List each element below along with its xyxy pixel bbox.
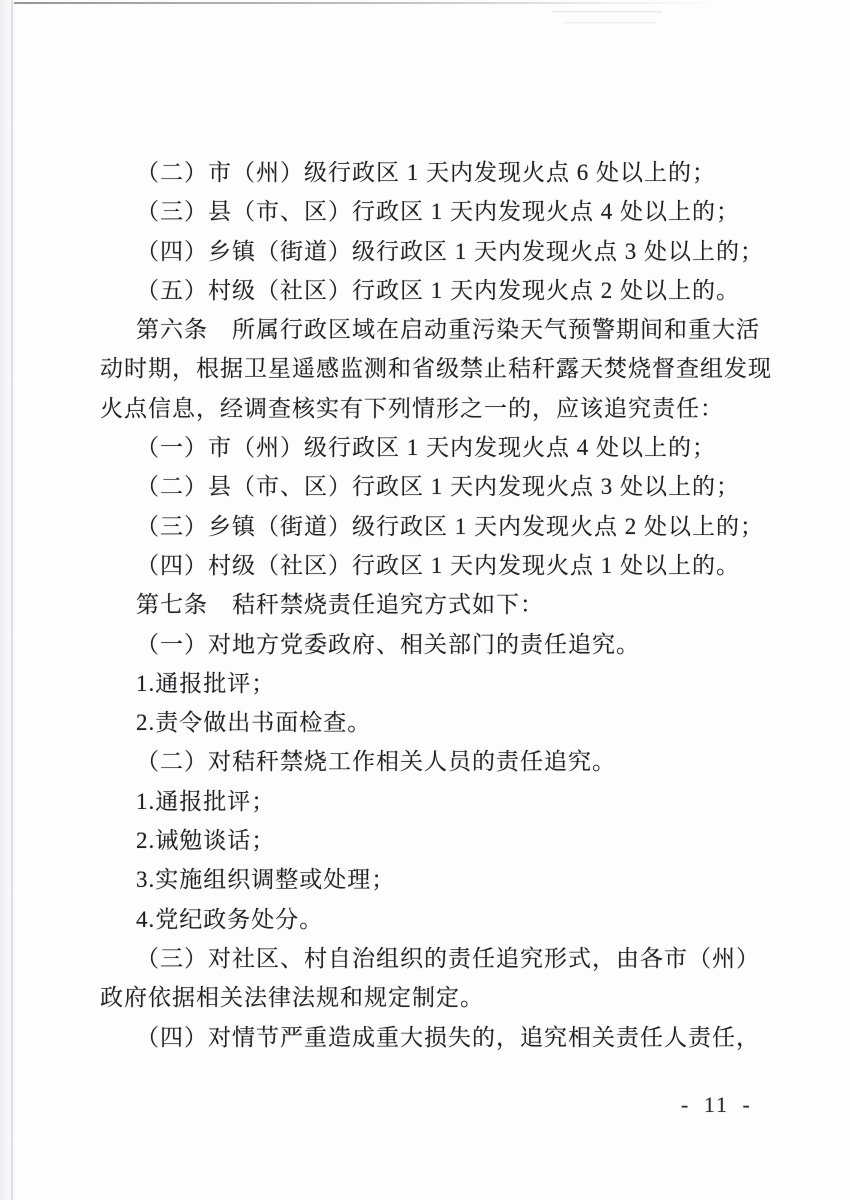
text-line: （一）市（州）级行政区 1 天内发现火点 4 处以上的； <box>100 428 762 467</box>
text-line: 动时期，根据卫星遥感监测和省级禁止秸秆露天焚烧督查组发现 <box>100 349 762 388</box>
scan-smudge-artifact <box>552 9 687 25</box>
text-line: 4.党纪政务处分。 <box>100 900 762 939</box>
text-line: 2.责令做出书面检查。 <box>100 703 762 742</box>
text-line: （三）乡镇（街道）级行政区 1 天内发现火点 2 处以上的； <box>100 507 762 546</box>
text-line: 1.通报批评； <box>100 782 762 821</box>
document-page: （二）市（州）级行政区 1 天内发现火点 6 处以上的；（三）县（市、区）行政区… <box>0 0 850 1200</box>
scan-edge-top-artifact <box>14 2 720 4</box>
text-line: 3.实施组织调整或处理； <box>100 860 762 899</box>
text-line: （四）村级（社区）行政区 1 天内发现火点 1 处以上的。 <box>100 546 762 585</box>
text-line: （四）乡镇（街道）级行政区 1 天内发现火点 3 处以上的； <box>100 232 762 271</box>
text-line: （三）对社区、村自治组织的责任追究形式，由各市（州） <box>100 939 762 978</box>
scan-edge-left-artifact <box>0 0 16 1200</box>
text-line: （二）市（州）级行政区 1 天内发现火点 6 处以上的； <box>100 153 762 192</box>
text-line: 1.通报批评； <box>100 664 762 703</box>
text-line: 2.诫勉谈话； <box>100 821 762 860</box>
text-line: （五）村级（社区）行政区 1 天内发现火点 2 处以上的。 <box>100 271 762 310</box>
page-number: - 11 - <box>681 1092 752 1118</box>
text-line: 第六条 所属行政区域在启动重污染天气预警期间和重大活 <box>100 310 762 349</box>
text-line: 政府依据相关法律法规和规定制定。 <box>100 978 762 1017</box>
text-line: （二）对秸秆禁烧工作相关人员的责任追究。 <box>100 742 762 781</box>
scan-edge-left-line-artifact <box>11 0 13 1200</box>
text-line: （三）县（市、区）行政区 1 天内发现火点 4 处以上的； <box>100 192 762 231</box>
text-line: （一）对地方党委政府、相关部门的责任追究。 <box>100 625 762 664</box>
document-body: （二）市（州）级行政区 1 天内发现火点 6 处以上的；（三）县（市、区）行政区… <box>100 153 762 1057</box>
text-line: （四）对情节严重造成重大损失的，追究相关责任人责任， <box>100 1018 762 1057</box>
text-line: 火点信息，经调查核实有下列情形之一的，应该追究责任： <box>100 389 762 428</box>
text-line: （二）县（市、区）行政区 1 天内发现火点 3 处以上的； <box>100 467 762 506</box>
text-line: 第七条 秸秆禁烧责任追究方式如下： <box>100 585 762 624</box>
